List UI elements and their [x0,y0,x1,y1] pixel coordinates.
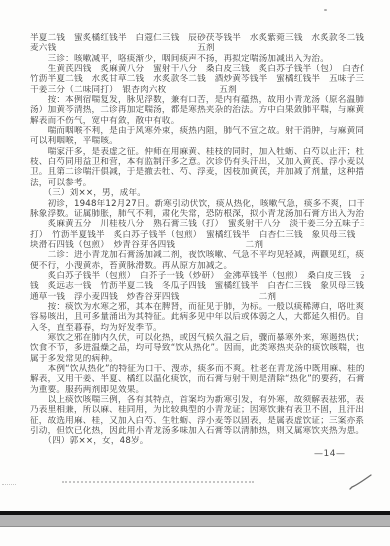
page-number: —14— [314,449,345,459]
text-line: 本例“饮从热化”的特征为口干、溲赤，痰多而不爽。杜老在青龙汤中既用麻、桂的辛温 [30,364,364,374]
text-line: 征，故选用麻、桂，又加入白芍、生牡蛎、浮小麦等以固表，是属表虚饮证；三案亦系外寒 [30,416,364,426]
text-line: 乃表里相兼，所以麻、桂同用，为比较典型的小青龙证；因寒饮兼有表卫不固，且汗出多为… [30,405,364,415]
text-line: 卫。且第二诊喘汗俱减，于是撤去牡、芍、浮麦，因枝加黄芪，并加减了剂量，这种措施手 [30,167,364,177]
text-line: 以上痰饮咳喘三例，各有其特点，首案均为新寒引发，有外寒，故须解表祛邪，表邪之解， [30,395,364,405]
text-block: 半夏二钱 蜜炙橘红钱半 白蔻仁三钱 辰砂茯苓钱半 水炙紫菀三钱 水炙款冬二钱 浮… [30,33,364,447]
text-line: 打） 竹沥半夏钱半 炙白苏子钱半（包煎） 蜜橘红钱半 白杏仁三钱 象贝母三钱 [30,230,364,240]
text-line: （四）郭××，女，48岁。 [30,436,364,446]
text-line: 入冬，直至暮春，均为好发季节。 [30,323,364,333]
speck-bottom-left [2,484,16,485]
text-line: 炙麻黄五分 川桂枝八分 熟石膏三钱（打） 蜜炙射干八分 淡干姜三分五味子三分（同 [30,219,364,229]
text-line: 麦六钱 五剂 [30,43,364,53]
text-line: 二诊：进小青龙加石膏汤加减二剂，夜饮咳嗽、气急不平均见轻减，两颧见红，痰多，大 [30,250,364,260]
text-line: 饮食不节，多进温燥之品，均可导致“饮从热化”。因而，此类寒热夹杂的痰饮咳喘，也 [30,343,364,353]
text-line: 按：本例宿喘复发，脉见浮数，兼有口苦，是内有蕴热，故用小青龙汤（原名温肺化饮 [30,95,364,105]
text-line: 喘而咽喉不利，是由于风寒外束，痰热内阻，肺气不宣之故。射干消肿，与麻黄同用， [30,126,364,136]
text-line: 引动，但饮已化热，因此用小青龙汤多味加入石膏等以清肺热，则又属寒饮夹热为患。 [30,426,364,436]
text-line: 半夏二钱 蜜炙橘红钱半 白蔻仁三钱 辰砂茯苓钱半 水炙紫菀三钱 水炙款冬二钱 浮… [30,33,364,43]
text-line: 为重要。服药两剂即见效果。 [30,385,364,395]
text-line: （三）刘××，男，成年。 [30,188,364,198]
text-line: 枝、白芍同用益卫和营，本有监制汗多之意。次诊仍有头汗出，又加入黄芪、浮小麦以固表 [30,157,364,167]
text-line: 可以利咽喉，平喘咳。 [30,136,364,146]
text-line: 容易咳出，且可多量涌出为其特征。此病多见中年以后或体弱之人，大都延久相仍。自秋凉… [30,312,364,322]
text-line: 汤）加黄芩清热，二诊再加定喘汤，都是寒热夹杂的治法。方中白果敛肺平喘，与麻黄配伍… [30,105,364,115]
footer-gray-bar [0,515,390,527]
text-line: 寒饮之邪在肺内久伏，可以化热，或因气候久温之后，骤而暴寒外来，寒遏热伏；或因 [30,333,364,343]
text-line: 法，可以参考。 [30,178,364,188]
text-line: 竹沥半夏二钱 水炙甘草二钱 水炙款冬二钱 酒炒黄芩钱半 蜜橘红钱半 五味子三分淡 [30,74,364,84]
text-line: 便不行，小溲黄赤，苔黄脉滑数。再从原方加减之。 [30,261,364,271]
text-line: 通草一钱 浮小麦四钱 炒香谷芽四钱 二剂 [30,292,364,302]
text-line: 钱 炙远志一钱 竹沥半夏二钱 冬瓜子四钱 蜜橘红钱半 白杏仁三钱 象贝母三钱 白 [30,281,364,291]
text-line: 按：痰饮为水寒之邪，其本在脾肾，而征见于肺，为标。一般以痰稀薄白，咯吐爽利， [30,302,364,312]
scan-streak [62,481,254,483]
text-line: 炙白苏子钱半（包煎） 白芥子一钱（炒研） 金沸草钱半（包煎） 桑白皮三钱 云茯苓… [30,271,364,281]
text-line: 解表，又用干姜、半夏、橘红以温化痰饮，而石膏与射干则是清除“热化”的要药，石膏尤 [30,374,364,384]
speck-top-right [324,9,327,11]
text-line: 三诊：咳嗽减平，咯痰渐少，咽间痰声不扬，再拟定喘汤加减出入为治。 [30,54,364,64]
text-line: 初诊，1948年12月27日。新寒引动伏饮，痰从热化，咳嗽气急，痰多不爽，口干，… [30,199,364,209]
text-line: 解表而不伤气，宽中有敛，散中有收。 [30,116,364,126]
text-line: 块滑石四钱（包煎） 炒青谷芽各四钱 二剂 [30,240,364,250]
text-line: 喘家汗多，是表虚之征。仲师在用麻黄、桂枝的同时，加入牡蛎、白芍以止汗；杜老 [30,147,364,157]
pen-mark-icon [349,472,375,490]
text-line: 属于多发常见的病种。 [30,354,364,364]
text-line: 脉象浮数。证属肺胀，肺气不利，肃化失常，恐防根深，拟小青龙汤加石膏方出入为治。 [30,209,364,219]
scanned-page: 半夏二钱 蜜炙橘红钱半 白蔻仁三钱 辰砂茯苓钱半 水炙紫菀三钱 水炙款冬二钱 浮… [0,0,390,546]
text-line: 生黄芪四钱 炙麻黄八分 蜜射干八分 桑白皮三钱 炙白苏子钱半（包） 白杏仁三钱 [30,64,364,74]
text-line: 干姜三分（二味同打） 银杏肉六枚 五剂 [30,85,364,95]
